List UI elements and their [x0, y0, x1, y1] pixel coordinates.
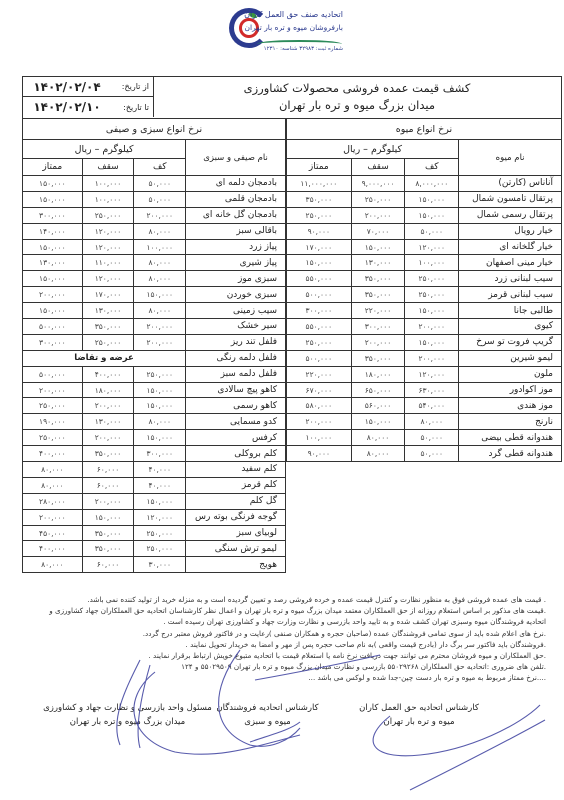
max-price: ۳۰۰,۰۰۰ [351, 319, 405, 335]
item-name: پیاز شیری [186, 255, 286, 271]
premium-price: ۲۵۰,۰۰۰ [287, 334, 352, 350]
table-row: لوبیای سبز۲۵۰,۰۰۰۳۵۰,۰۰۰۴۵۰,۰۰۰ [23, 525, 286, 541]
note-line: .حق العملکاران و میوه فروشان محترم می تو… [16, 650, 546, 661]
max-price: ۲۰۰,۰۰۰ [82, 493, 134, 509]
fruit-unit-header: کیلوگرم – ریال [287, 140, 459, 159]
min-price: ۵۰,۰۰۰ [405, 430, 459, 446]
document-title: کشف قیمت عمده فروشی محصولات کشاورزی میدا… [153, 77, 561, 120]
max-price: ۲۰۰,۰۰۰ [351, 334, 405, 350]
item-name: هندوانه قطی گرد [459, 446, 562, 462]
premium-price: ۵۸۰,۰۰۰ [287, 398, 352, 414]
fruit-table-body: آناناس (کارتن)۸,۰۰۰,۰۰۰۹,۰۰۰,۰۰۰۱۱,۰۰۰,۰… [287, 176, 562, 462]
premium-price: ۵۰۰,۰۰۰ [287, 287, 352, 303]
premium-price: ۲۰۰,۰۰۰ [23, 382, 83, 398]
table-row: لیمو ترش سنگی۲۵۰,۰۰۰۳۵۰,۰۰۰۴۰۰,۰۰۰ [23, 541, 286, 557]
note-line: . قیمت های عمده فروشی فوق به منظور نظارت… [16, 594, 546, 605]
item-name: موز هندی [459, 398, 562, 414]
item-name: کیوی [459, 319, 562, 335]
min-price: ۶۳۰,۰۰۰ [405, 382, 459, 398]
premium-price: ۳۰۰,۰۰۰ [23, 207, 83, 223]
max-price: ۲۵۰,۰۰۰ [351, 191, 405, 207]
item-name: گوجه فرنگی بوته رس [186, 509, 286, 525]
item-name: بادمجان گل خانه ای [186, 207, 286, 223]
max-price: ۵۶۰,۰۰۰ [351, 398, 405, 414]
table-row: پرتقال رسمی شمال۱۵۰,۰۰۰۲۰۰,۰۰۰۲۵۰,۰۰۰ [287, 207, 562, 223]
note-line: .فروشندگان باید فاکتور سر برگ دار (بادرج… [16, 639, 546, 650]
max-price: ۱۳۰,۰۰۰ [82, 414, 134, 430]
max-price: ۷۰,۰۰۰ [351, 223, 405, 239]
table-row: گل کلم۱۵۰,۰۰۰۲۰۰,۰۰۰۲۸۰,۰۰۰ [23, 493, 286, 509]
max-price: ۱۱۰,۰۰۰ [82, 255, 134, 271]
note-line: .قیمت های مذکور بر اساس استعلام روزانه ا… [16, 605, 546, 616]
note-line: .نرخ های اعلام شده باید از سوی تمامی فرو… [16, 628, 546, 639]
table-row: پرتقال تامسون شمال۱۵۰,۰۰۰۲۵۰,۰۰۰۳۵۰,۰۰۰ [287, 191, 562, 207]
min-price: ۱۵۰,۰۰۰ [134, 493, 186, 509]
min-price: ۱۵۰,۰۰۰ [134, 382, 186, 398]
premium-price: ۴۰۰,۰۰۰ [23, 446, 83, 462]
min-price: ۲۰۰,۰۰۰ [405, 350, 459, 366]
to-date-value: ۱۴۰۲/۰۲/۱۰ [23, 100, 111, 114]
min-price: ۵۴۰,۰۰۰ [405, 398, 459, 414]
premium-price: ۳۰۰,۰۰۰ [287, 303, 352, 319]
logo-line-2: بارفروشان میوه و تره بار تهران [245, 23, 343, 32]
max-price: ۱۵۰,۰۰۰ [351, 239, 405, 255]
table-row: کاهو رسمی۱۵۰,۰۰۰۲۰۰,۰۰۰۲۵۰,۰۰۰ [23, 398, 286, 414]
table-row: خیار گلخانه ای۱۲۰,۰۰۰۱۵۰,۰۰۰۱۷۰,۰۰۰ [287, 239, 562, 255]
table-row: سبزی موز۸۰,۰۰۰۱۲۰,۰۰۰۱۵۰,۰۰۰ [23, 271, 286, 287]
premium-price: ۱۰۰,۰۰۰ [287, 430, 352, 446]
item-name: سبزی موز [186, 271, 286, 287]
max-price: ۱۵۰,۰۰۰ [82, 509, 134, 525]
table-row: فلفل دلمه سبز۲۵۰,۰۰۰۴۰۰,۰۰۰۵۰۰,۰۰۰ [23, 366, 286, 382]
max-price: ۱۳۰,۰۰۰ [82, 303, 134, 319]
table-row: باقالی سبز۸۰,۰۰۰۱۲۰,۰۰۰۱۴۰,۰۰۰ [23, 223, 286, 239]
min-price: ۲۵۰,۰۰۰ [405, 287, 459, 303]
min-price: ۵۰,۰۰۰ [405, 446, 459, 462]
premium-price: ۵۵۰,۰۰۰ [287, 271, 352, 287]
min-price: ۸۰,۰۰۰ [134, 223, 186, 239]
item-name: گل کلم [186, 493, 286, 509]
min-price: ۱۵۰,۰۰۰ [134, 287, 186, 303]
item-name: سیب لبنانی زرد [459, 271, 562, 287]
vegetable-price-table: نرخ انواع سبزی و صیفی نام صیفی و سبزی کی… [22, 118, 286, 573]
min-price: ۱۵۰,۰۰۰ [405, 303, 459, 319]
premium-price: ۴۵۰,۰۰۰ [23, 525, 83, 541]
max-price: ۴۰۰,۰۰۰ [82, 366, 134, 382]
table-row: بادمجان قلمی۵۰,۰۰۰۱۰۰,۰۰۰۱۵۰,۰۰۰ [23, 191, 286, 207]
premium-price: ۱۱,۰۰۰,۰۰۰ [287, 176, 352, 192]
min-price: ۵۰,۰۰۰ [405, 223, 459, 239]
table-row: کرفس۱۵۰,۰۰۰۲۰۰,۰۰۰۲۵۰,۰۰۰ [23, 430, 286, 446]
min-price: ۱۲۰,۰۰۰ [405, 239, 459, 255]
min-price: ۳۰۰,۰۰۰ [134, 446, 186, 462]
premium-price: ۲۵۰,۰۰۰ [287, 207, 352, 223]
item-name: فلفل دلمه رنگی [186, 350, 286, 366]
max-price: ۱۲۰,۰۰۰ [82, 239, 134, 255]
supply-demand-note: عرضه و تقاضا [23, 350, 186, 366]
fruit-min-header: کف [405, 159, 459, 176]
fruit-premium-header: ممتاز [287, 159, 352, 176]
table-row: آناناس (کارتن)۸,۰۰۰,۰۰۰۹,۰۰۰,۰۰۰۱۱,۰۰۰,۰… [287, 176, 562, 192]
table-row: هویج۳۰,۰۰۰۶۰,۰۰۰۸۰,۰۰۰ [23, 557, 286, 573]
premium-price: ۲۵۰,۰۰۰ [23, 430, 83, 446]
signature-title: کارشناس اتحادیه فروشندگان [205, 701, 330, 715]
premium-price: ۲۰۰,۰۰۰ [23, 287, 83, 303]
min-price: ۸۰,۰۰۰ [134, 303, 186, 319]
fruit-name-header: نام میوه [459, 140, 562, 176]
premium-price: ۱۵۰,۰۰۰ [23, 271, 83, 287]
item-name: آناناس (کارتن) [459, 176, 562, 192]
premium-price: ۲۸۰,۰۰۰ [23, 493, 83, 509]
max-price: ۸۰,۰۰۰ [351, 430, 405, 446]
min-price: ۱۵۰,۰۰۰ [134, 398, 186, 414]
table-row: سبزی خوردن۱۵۰,۰۰۰۱۷۰,۰۰۰۲۰۰,۰۰۰ [23, 287, 286, 303]
max-price: ۳۵۰,۰۰۰ [82, 319, 134, 335]
note-line: ....نرخ ممتاز مربوط به میوه و تره بار دس… [16, 672, 546, 683]
max-price: ۱۰۰,۰۰۰ [82, 191, 134, 207]
min-price: ۱۲۰,۰۰۰ [405, 366, 459, 382]
table-row: هندوانه قطی بیضی۵۰,۰۰۰۸۰,۰۰۰۱۰۰,۰۰۰ [287, 430, 562, 446]
fruit-price-table: نرخ انواع میوه نام میوه کیلوگرم – ریال ک… [286, 118, 562, 462]
notes-section: . قیمت های عمده فروشی فوق به منظور نظارت… [16, 594, 546, 684]
to-date-label: تا تاریخ: [111, 103, 153, 112]
table-row: کاهو پیچ سالادی۱۵۰,۰۰۰۱۸۰,۰۰۰۲۰۰,۰۰۰ [23, 382, 286, 398]
signature-title: مسئول واحد بازرسی و نظارت جهاد و کشاورزی [40, 701, 215, 715]
max-price: ۳۵۰,۰۰۰ [82, 446, 134, 462]
premium-price: ۴۰۰,۰۰۰ [23, 541, 83, 557]
title-line-2: میدان بزرگ میوه و تره بار تهران [153, 97, 561, 114]
item-name: کلم سفید [186, 462, 286, 478]
max-price: ۲۰۰,۰۰۰ [82, 398, 134, 414]
table-row: کلم بروکلی۳۰۰,۰۰۰۳۵۰,۰۰۰۴۰۰,۰۰۰ [23, 446, 286, 462]
premium-price: ۱۵۰,۰۰۰ [23, 176, 83, 192]
signature-subtitle: میوه و سبزی [205, 715, 330, 729]
premium-price: ۱۹۰,۰۰۰ [23, 414, 83, 430]
min-price: ۲۰۰,۰۰۰ [134, 207, 186, 223]
table-row: موز اکوادور۶۳۰,۰۰۰۶۵۰,۰۰۰۶۷۰,۰۰۰ [287, 382, 562, 398]
note-line: .تلفن های ضروری :اتحادیه حق العملکاران ۵… [16, 661, 546, 672]
premium-price: ۵۰۰,۰۰۰ [23, 366, 83, 382]
signature-block-inspection: مسئول واحد بازرسی و نظارت جهاد و کشاورزی… [40, 701, 215, 729]
table-row: بادمجان گل خانه ای۲۰۰,۰۰۰۲۵۰,۰۰۰۳۰۰,۰۰۰ [23, 207, 286, 223]
item-name: موز اکوادور [459, 382, 562, 398]
table-row: سیب زمینی۸۰,۰۰۰۱۳۰,۰۰۰۱۵۰,۰۰۰ [23, 303, 286, 319]
premium-price: ۲۰۰,۰۰۰ [23, 509, 83, 525]
item-name: لیمو ترش سنگی [186, 541, 286, 557]
max-price: ۱۸۰,۰۰۰ [82, 382, 134, 398]
min-price: ۸۰,۰۰۰ [134, 271, 186, 287]
table-row: کلم سفید۴۰,۰۰۰۶۰,۰۰۰۸۰,۰۰۰ [23, 462, 286, 478]
item-name: پرتقال رسمی شمال [459, 207, 562, 223]
premium-price: ۸۰,۰۰۰ [23, 477, 83, 493]
min-price: ۲۵۰,۰۰۰ [134, 525, 186, 541]
item-name: باقالی سبز [186, 223, 286, 239]
max-price: ۱۲۰,۰۰۰ [82, 223, 134, 239]
item-name: فلفل تند ریز [186, 334, 286, 350]
premium-price: ۶۷۰,۰۰۰ [287, 382, 352, 398]
table-row: گوجه فرنگی بوته رس۱۲۰,۰۰۰۱۵۰,۰۰۰۲۰۰,۰۰۰ [23, 509, 286, 525]
premium-price: ۱۴۰,۰۰۰ [23, 223, 83, 239]
max-price: ۳۵۰,۰۰۰ [351, 350, 405, 366]
table-row: گریپ فروت تو سرخ۱۵۰,۰۰۰۲۰۰,۰۰۰۲۵۰,۰۰۰ [287, 334, 562, 350]
item-name: بادمجان دلمه ای [186, 176, 286, 192]
document-header: کشف قیمت عمده فروشی محصولات کشاورزی میدا… [22, 76, 562, 119]
table-row: ملون۱۲۰,۰۰۰۱۸۰,۰۰۰۲۲۰,۰۰۰ [287, 366, 562, 382]
from-date-row: از تاریخ: ۱۴۰۲/۰۲/۰۴ [23, 77, 153, 97]
table-row: خیار رویال۵۰,۰۰۰۷۰,۰۰۰۹۰,۰۰۰ [287, 223, 562, 239]
min-price: ۱۵۰,۰۰۰ [405, 334, 459, 350]
max-price: ۱۵۰,۰۰۰ [351, 414, 405, 430]
table-row: موز هندی۵۴۰,۰۰۰۵۶۰,۰۰۰۵۸۰,۰۰۰ [287, 398, 562, 414]
min-price: ۱۵۰,۰۰۰ [405, 191, 459, 207]
premium-price: ۳۵۰,۰۰۰ [287, 191, 352, 207]
item-name: پیاز زرد [186, 239, 286, 255]
table-row: خیار مینی اصفهان۱۰۰,۰۰۰۱۳۰,۰۰۰۱۵۰,۰۰۰ [287, 255, 562, 271]
table-row: سیب لبنانی زرد۲۵۰,۰۰۰۳۵۰,۰۰۰۵۵۰,۰۰۰ [287, 271, 562, 287]
premium-price: ۱۳۰,۰۰۰ [23, 255, 83, 271]
premium-price: ۸۰,۰۰۰ [23, 557, 83, 573]
to-date-row: تا تاریخ: ۱۴۰۲/۰۲/۱۰ [23, 97, 153, 117]
min-price: ۲۵۰,۰۰۰ [134, 541, 186, 557]
table-row: بادمجان دلمه ای۵۰,۰۰۰۱۰۰,۰۰۰۱۵۰,۰۰۰ [23, 176, 286, 192]
max-price: ۱۳۰,۰۰۰ [351, 255, 405, 271]
item-name: خیار گلخانه ای [459, 239, 562, 255]
item-name: کرفس [186, 430, 286, 446]
premium-price: ۲۲۰,۰۰۰ [287, 366, 352, 382]
premium-price: ۱۷۰,۰۰۰ [287, 239, 352, 255]
premium-price: ۲۰۰,۰۰۰ [287, 414, 352, 430]
min-price: ۲۰۰,۰۰۰ [405, 319, 459, 335]
item-name: هندوانه قطی بیضی [459, 430, 562, 446]
item-name: کلم بروکلی [186, 446, 286, 462]
min-price: ۲۰۰,۰۰۰ [134, 319, 186, 335]
item-name: سیب زمینی [186, 303, 286, 319]
veg-min-header: کف [134, 159, 186, 176]
max-price: ۶۰,۰۰۰ [82, 477, 134, 493]
item-name: کاهو رسمی [186, 398, 286, 414]
premium-price: ۱۵۰,۰۰۰ [23, 303, 83, 319]
veg-name-header: نام صیفی و سبزی [186, 140, 286, 176]
max-price: ۲۰۰,۰۰۰ [82, 430, 134, 446]
item-name: ملون [459, 366, 562, 382]
premium-price: ۵۰۰,۰۰۰ [23, 319, 83, 335]
note-line: اتحادیه فروشندگان میوه وسبزی تهران کشف ش… [16, 616, 546, 627]
item-name: کاهو پیچ سالادی [186, 382, 286, 398]
item-name: سیر خشک [186, 319, 286, 335]
table-row: طالبی جانا۱۵۰,۰۰۰۲۲۰,۰۰۰۳۰۰,۰۰۰ [287, 303, 562, 319]
min-price: ۲۰۰,۰۰۰ [134, 334, 186, 350]
fruit-max-header: سقف [351, 159, 405, 176]
item-name: هویج [186, 557, 286, 573]
premium-price: ۸۰,۰۰۰ [23, 462, 83, 478]
item-name: لوبیای سبز [186, 525, 286, 541]
min-price: ۲۵۰,۰۰۰ [134, 366, 186, 382]
premium-price: ۵۰۰,۰۰۰ [287, 350, 352, 366]
table-row: کیوی۲۰۰,۰۰۰۳۰۰,۰۰۰۵۵۰,۰۰۰ [287, 319, 562, 335]
item-name: فلفل دلمه سبز [186, 366, 286, 382]
table-row: پیاز شیری۸۰,۰۰۰۱۱۰,۰۰۰۱۳۰,۰۰۰ [23, 255, 286, 271]
min-price: ۱۵۰,۰۰۰ [134, 430, 186, 446]
max-price: ۲۵۰,۰۰۰ [82, 334, 134, 350]
min-price: ۲۵۰,۰۰۰ [405, 271, 459, 287]
title-line-1: کشف قیمت عمده فروشی محصولات کشاورزی [153, 80, 561, 97]
max-price: ۹,۰۰۰,۰۰۰ [351, 176, 405, 192]
max-price: ۸۰,۰۰۰ [351, 446, 405, 462]
table-row: کدو مسمایی۸۰,۰۰۰۱۳۰,۰۰۰۱۹۰,۰۰۰ [23, 414, 286, 430]
item-name: خیار رویال [459, 223, 562, 239]
signature-title: کارشناس اتحادیه حق العمل کاران [334, 701, 504, 715]
signature-block-sellers-union: کارشناس اتحادیه فروشندگان میوه و سبزی [205, 701, 330, 729]
premium-price: ۲۵۰,۰۰۰ [23, 398, 83, 414]
min-price: ۱۵۰,۰۰۰ [405, 207, 459, 223]
item-name: بادمجان قلمی [186, 191, 286, 207]
premium-price: ۱۵۰,۰۰۰ [23, 191, 83, 207]
logo-registration: شماره ثبت: ۳۲۹۸۳ شناسه: ۱۲۳۱۰ [264, 46, 343, 52]
veg-table-caption: نرخ انواع سبزی و صیفی [23, 119, 286, 140]
from-date-value: ۱۴۰۲/۰۲/۰۴ [23, 80, 111, 94]
max-price: ۳۵۰,۰۰۰ [351, 271, 405, 287]
veg-premium-header: ممتاز [23, 159, 83, 176]
max-price: ۱۰۰,۰۰۰ [82, 176, 134, 192]
table-row: سیب لبنانی قرمز۲۵۰,۰۰۰۳۵۰,۰۰۰۵۰۰,۰۰۰ [287, 287, 562, 303]
max-price: ۳۵۰,۰۰۰ [351, 287, 405, 303]
min-price: ۱۰۰,۰۰۰ [134, 239, 186, 255]
fruit-table-caption: نرخ انواع میوه [287, 119, 562, 140]
signature-subtitle: میوه و تره بار تهران [334, 715, 504, 729]
table-row: فلفل دلمه رنگیعرضه و تقاضا [23, 350, 286, 366]
max-price: ۲۰۰,۰۰۰ [351, 207, 405, 223]
date-range: از تاریخ: ۱۴۰۲/۰۲/۰۴ تا تاریخ: ۱۴۰۲/۰۲/۱… [23, 77, 154, 117]
table-row: کلم قرمز۴۰,۰۰۰۶۰,۰۰۰۸۰,۰۰۰ [23, 477, 286, 493]
max-price: ۱۷۰,۰۰۰ [82, 287, 134, 303]
max-price: ۳۵۰,۰۰۰ [82, 541, 134, 557]
item-name: کلم قرمز [186, 477, 286, 493]
table-row: هندوانه قطی گرد۵۰,۰۰۰۸۰,۰۰۰۹۰,۰۰۰ [287, 446, 562, 462]
max-price: ۶۰,۰۰۰ [82, 557, 134, 573]
max-price: ۶۵۰,۰۰۰ [351, 382, 405, 398]
table-row: پیاز زرد۱۰۰,۰۰۰۱۲۰,۰۰۰۱۵۰,۰۰۰ [23, 239, 286, 255]
veg-max-header: سقف [82, 159, 134, 176]
min-price: ۴۰,۰۰۰ [134, 462, 186, 478]
min-price: ۸,۰۰۰,۰۰۰ [405, 176, 459, 192]
max-price: ۶۰,۰۰۰ [82, 462, 134, 478]
max-price: ۲۵۰,۰۰۰ [82, 207, 134, 223]
table-row: لیمو شیرین۲۰۰,۰۰۰۳۵۰,۰۰۰۵۰۰,۰۰۰ [287, 350, 562, 366]
item-name: لیمو شیرین [459, 350, 562, 366]
item-name: سیب لبنانی قرمز [459, 287, 562, 303]
table-row: سیر خشک۲۰۰,۰۰۰۳۵۰,۰۰۰۵۰۰,۰۰۰ [23, 319, 286, 335]
premium-price: ۹۰,۰۰۰ [287, 446, 352, 462]
min-price: ۸۰,۰۰۰ [134, 414, 186, 430]
min-price: ۵۰,۰۰۰ [134, 191, 186, 207]
veg-table-body: بادمجان دلمه ای۵۰,۰۰۰۱۰۰,۰۰۰۱۵۰,۰۰۰بادمج… [23, 176, 286, 573]
item-name: گریپ فروت تو سرخ [459, 334, 562, 350]
premium-price: ۳۰۰,۰۰۰ [23, 334, 83, 350]
max-price: ۳۵۰,۰۰۰ [82, 525, 134, 541]
item-name: سبزی خوردن [186, 287, 286, 303]
min-price: ۸۰,۰۰۰ [134, 255, 186, 271]
premium-price: ۹۰,۰۰۰ [287, 223, 352, 239]
from-date-label: از تاریخ: [111, 82, 153, 91]
veg-unit-header: کیلوگرم – ریال [23, 140, 186, 159]
table-row: نارنج۸۰,۰۰۰۱۵۰,۰۰۰۲۰۰,۰۰۰ [287, 414, 562, 430]
table-row: فلفل تند ریز۲۰۰,۰۰۰۲۵۰,۰۰۰۳۰۰,۰۰۰ [23, 334, 286, 350]
signature-subtitle: میدان بزرگ میوه و تره بار تهران [40, 715, 215, 729]
item-name: نارنج [459, 414, 562, 430]
premium-price: ۱۵۰,۰۰۰ [287, 255, 352, 271]
item-name: خیار مینی اصفهان [459, 255, 562, 271]
max-price: ۱۲۰,۰۰۰ [82, 271, 134, 287]
premium-price: ۱۵۰,۰۰۰ [23, 239, 83, 255]
max-price: ۱۸۰,۰۰۰ [351, 366, 405, 382]
min-price: ۸۰,۰۰۰ [405, 414, 459, 430]
min-price: ۳۰,۰۰۰ [134, 557, 186, 573]
min-price: ۱۰۰,۰۰۰ [405, 255, 459, 271]
item-name: کدو مسمایی [186, 414, 286, 430]
premium-price: ۵۵۰,۰۰۰ [287, 319, 352, 335]
min-price: ۱۲۰,۰۰۰ [134, 509, 186, 525]
logo-line-1: اتحادیه صنف حق العمل کاران [244, 10, 343, 19]
max-price: ۲۲۰,۰۰۰ [351, 303, 405, 319]
signature-block-commission-agents: کارشناس اتحادیه حق العمل کاران میوه و تر… [334, 701, 504, 729]
union-logo: اتحادیه صنف حق العمل کاران بارفروشان میو… [227, 4, 347, 56]
item-name: طالبی جانا [459, 303, 562, 319]
item-name: پرتقال تامسون شمال [459, 191, 562, 207]
min-price: ۵۰,۰۰۰ [134, 176, 186, 192]
min-price: ۴۰,۰۰۰ [134, 477, 186, 493]
